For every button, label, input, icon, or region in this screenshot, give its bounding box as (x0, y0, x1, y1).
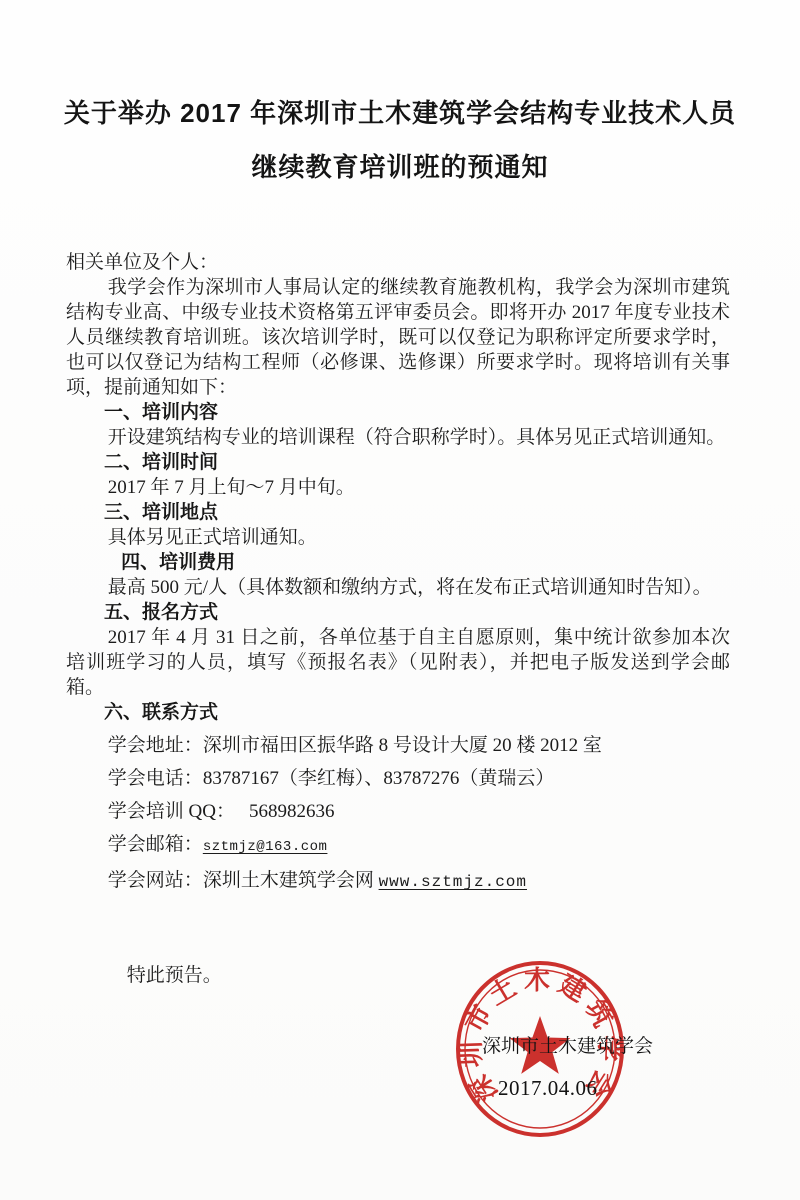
qq-label: 学会培训 QQ： (108, 801, 235, 822)
intro-paragraph: 我学会作为深圳市人事局认定的继续教育施教机构，我学会为深圳市建筑结构专业高、中级… (66, 275, 730, 400)
organization-name: 深圳市土木建筑学会 (482, 1031, 653, 1058)
section-heading-content: 一、培训内容 (66, 400, 730, 425)
website-url: www.sztmjz.com (379, 873, 527, 891)
salutation: 相关单位及个人： (66, 250, 730, 275)
title-line-1: 关于举办 2017 年深圳市土木建筑学会结构专业技术人员 (0, 86, 800, 140)
contact-address-line: 学会地址：深圳市福田区振华路 8 号设计大厦 20 楼 2012 室 (66, 733, 730, 758)
document-body: 相关单位及个人： 我学会作为深圳市人事局认定的继续教育施教机构，我学会为深圳市建… (0, 250, 800, 988)
notice-document: 关于举办 2017 年深圳市土木建筑学会结构专业技术人员 继续教育培训班的预通知… (0, 0, 800, 1200)
email-address: sztmjz@163.com (203, 839, 328, 855)
contact-email-line: 学会邮箱：sztmjz@163.com (66, 832, 730, 860)
section-heading-place: 三、培训地点 (66, 500, 730, 525)
email-label: 学会邮箱： (108, 834, 203, 855)
section-body-signup: 2017 年 4 月 31 日之前，各单位基于自主自愿原则，集中统计欲参加本次培… (66, 625, 730, 700)
contact-phone-line: 学会电话：83787167（李红梅）、83787276（黄瑞云） (66, 766, 730, 791)
section-body-time: 2017 年 7 月上旬～7 月中旬。 (66, 475, 730, 500)
contact-qq-line: 学会培训 QQ：568982636 (66, 799, 730, 824)
address-label: 学会地址： (108, 735, 203, 756)
section-heading-signup: 五、报名方式 (66, 600, 730, 625)
title-line-2: 继续教育培训班的预通知 (0, 140, 800, 194)
closing-text: 特此预告。 (66, 963, 730, 988)
qq-value: 568982636 (249, 801, 335, 822)
section-body-place: 具体另见正式培训通知。 (66, 525, 730, 550)
section-body-content: 开设建筑结构专业的培训课程（符合职称学时）。具体另见正式培训通知。 (66, 425, 730, 450)
section-heading-contact: 六、联系方式 (66, 700, 730, 725)
website-name: 深圳土木建筑学会网 (203, 870, 379, 891)
section-body-fee: 最高 500 元/人（具体数额和缴纳方式，将在发布正式培训通知时告知）。 (66, 575, 730, 600)
address-value: 深圳市福田区振华路 8 号设计大厦 20 楼 2012 室 (203, 735, 602, 756)
website-label: 学会网站： (108, 870, 203, 891)
contact-block: 学会地址：深圳市福田区振华路 8 号设计大厦 20 楼 2012 室 学会电话：… (66, 733, 730, 895)
section-heading-fee: 四、培训费用 (66, 550, 730, 575)
document-title: 关于举办 2017 年深圳市土木建筑学会结构专业技术人员 继续教育培训班的预通知 (0, 0, 800, 194)
seal-date: 2017.04.06 (498, 1076, 598, 1101)
contact-website-line: 学会网站：深圳土木建筑学会网 www.sztmjz.com (66, 868, 730, 895)
section-heading-time: 二、培训时间 (66, 450, 730, 475)
phone-label: 学会电话： (108, 768, 203, 789)
phone-value: 83787167（李红梅）、83787276（黄瑞云） (203, 768, 555, 789)
